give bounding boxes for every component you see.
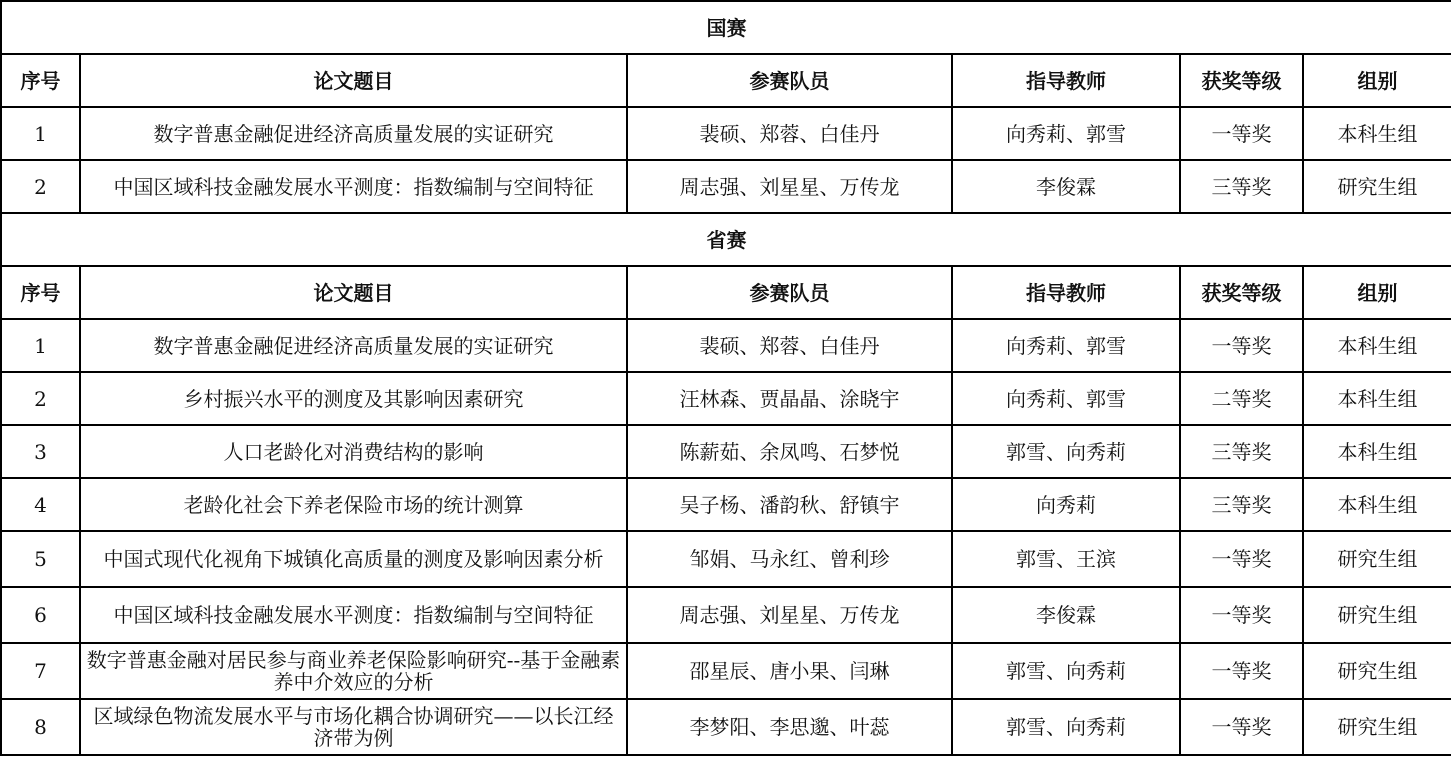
col-header-advisors: 指导教师 (952, 266, 1180, 319)
cell-members: 陈薪茹、余凤鸣、石梦悦 (627, 425, 952, 478)
cell-members: 周志强、刘星星、万传龙 (627, 160, 952, 213)
cell-award: 一等奖 (1180, 587, 1303, 643)
column-header-row: 序号 论文题目 参赛队员 指导教师 获奖等级 组别 (1, 266, 1451, 319)
cell-index: 6 (1, 587, 80, 643)
cell-index: 7 (1, 643, 80, 699)
cell-index: 8 (1, 699, 80, 755)
cell-members: 李梦阳、李思邈、叶蕊 (627, 699, 952, 755)
cell-award: 一等奖 (1180, 699, 1303, 755)
cell-award: 一等奖 (1180, 531, 1303, 587)
cell-index: 2 (1, 372, 80, 425)
table-row: 8 区域绿色物流发展水平与市场化耦合协调研究——以长江经济带为例 李梦阳、李思邈… (1, 699, 1451, 755)
cell-title: 中国区域科技金融发展水平测度：指数编制与空间特征 (80, 160, 627, 213)
col-header-index: 序号 (1, 54, 80, 107)
col-header-award: 获奖等级 (1180, 54, 1303, 107)
cell-index: 4 (1, 478, 80, 531)
cell-title: 老龄化社会下养老保险市场的统计测算 (80, 478, 627, 531)
cell-advisors: 向秀莉、郭雪 (952, 319, 1180, 372)
cell-award: 一等奖 (1180, 643, 1303, 699)
cell-advisors: 李俊霖 (952, 587, 1180, 643)
table-row: 2 乡村振兴水平的测度及其影响因素研究 汪林森、贾晶晶、涂晓宇 向秀莉、郭雪 二… (1, 372, 1451, 425)
cell-award: 三等奖 (1180, 425, 1303, 478)
cell-advisors: 郭雪、王滨 (952, 531, 1180, 587)
col-header-advisors: 指导教师 (952, 54, 1180, 107)
cell-members: 裴硕、郑蓉、白佳丹 (627, 107, 952, 160)
cell-title: 数字普惠金融促进经济高质量发展的实证研究 (80, 319, 627, 372)
table-row: 5 中国式现代化视角下城镇化高质量的测度及影响因素分析 邹娟、马永红、曾利珍 郭… (1, 531, 1451, 587)
cell-members: 裴硕、郑蓉、白佳丹 (627, 319, 952, 372)
cell-group: 本科生组 (1303, 478, 1451, 531)
cell-group: 研究生组 (1303, 643, 1451, 699)
cell-index: 3 (1, 425, 80, 478)
cell-advisors: 向秀莉 (952, 478, 1180, 531)
cell-title: 中国式现代化视角下城镇化高质量的测度及影响因素分析 (80, 531, 627, 587)
cell-members: 吴子杨、潘韵秋、舒镇宇 (627, 478, 952, 531)
cell-group: 本科生组 (1303, 372, 1451, 425)
table-row: 6 中国区域科技金融发展水平测度：指数编制与空间特征 周志强、刘星星、万传龙 李… (1, 587, 1451, 643)
col-header-group: 组别 (1303, 266, 1451, 319)
table-row: 2 中国区域科技金融发展水平测度：指数编制与空间特征 周志强、刘星星、万传龙 李… (1, 160, 1451, 213)
table-row: 4 老龄化社会下养老保险市场的统计测算 吴子杨、潘韵秋、舒镇宇 向秀莉 三等奖 … (1, 478, 1451, 531)
cell-advisors: 李俊霖 (952, 160, 1180, 213)
table-row: 7 数字普惠金融对居民参与商业养老保险影响研究--基于金融素养中介效应的分析 邵… (1, 643, 1451, 699)
cell-group: 研究生组 (1303, 160, 1451, 213)
table-row: 1 数字普惠金融促进经济高质量发展的实证研究 裴硕、郑蓉、白佳丹 向秀莉、郭雪 … (1, 319, 1451, 372)
cell-title: 乡村振兴水平的测度及其影响因素研究 (80, 372, 627, 425)
cell-title: 数字普惠金融促进经济高质量发展的实证研究 (80, 107, 627, 160)
column-header-row: 序号 论文题目 参赛队员 指导教师 获奖等级 组别 (1, 54, 1451, 107)
cell-index: 2 (1, 160, 80, 213)
cell-title: 人口老龄化对消费结构的影响 (80, 425, 627, 478)
cell-group: 本科生组 (1303, 107, 1451, 160)
cell-advisors: 向秀莉、郭雪 (952, 107, 1180, 160)
cell-award: 三等奖 (1180, 160, 1303, 213)
cell-award: 二等奖 (1180, 372, 1303, 425)
cell-members: 汪林森、贾晶晶、涂晓宇 (627, 372, 952, 425)
cell-index: 5 (1, 531, 80, 587)
section-header-provincial: 省赛 (1, 213, 1451, 266)
cell-group: 研究生组 (1303, 699, 1451, 755)
col-header-group: 组别 (1303, 54, 1451, 107)
table-row: 1 数字普惠金融促进经济高质量发展的实证研究 裴硕、郑蓉、白佳丹 向秀莉、郭雪 … (1, 107, 1451, 160)
table-row: 3 人口老龄化对消费结构的影响 陈薪茹、余凤鸣、石梦悦 郭雪、向秀莉 三等奖 本… (1, 425, 1451, 478)
cell-members: 周志强、刘星星、万传龙 (627, 587, 952, 643)
cell-members: 邵星辰、唐小果、闫琳 (627, 643, 952, 699)
cell-group: 研究生组 (1303, 587, 1451, 643)
cell-group: 本科生组 (1303, 425, 1451, 478)
col-header-award: 获奖等级 (1180, 266, 1303, 319)
cell-advisors: 向秀莉、郭雪 (952, 372, 1180, 425)
col-header-members: 参赛队员 (627, 266, 952, 319)
cell-group: 研究生组 (1303, 531, 1451, 587)
col-header-index: 序号 (1, 266, 80, 319)
cell-advisors: 郭雪、向秀莉 (952, 643, 1180, 699)
section-title: 省赛 (1, 213, 1451, 266)
section-header-national: 国赛 (1, 1, 1451, 54)
cell-group: 本科生组 (1303, 319, 1451, 372)
col-header-title: 论文题目 (80, 266, 627, 319)
cell-members: 邹娟、马永红、曾利珍 (627, 531, 952, 587)
cell-index: 1 (1, 319, 80, 372)
cell-award: 一等奖 (1180, 107, 1303, 160)
cell-title: 中国区域科技金融发展水平测度：指数编制与空间特征 (80, 587, 627, 643)
cell-advisors: 郭雪、向秀莉 (952, 425, 1180, 478)
cell-award: 三等奖 (1180, 478, 1303, 531)
col-header-members: 参赛队员 (627, 54, 952, 107)
cell-index: 1 (1, 107, 80, 160)
awards-table: 国赛 序号 论文题目 参赛队员 指导教师 获奖等级 组别 1 数字普惠金融促进经… (0, 0, 1451, 756)
cell-title: 数字普惠金融对居民参与商业养老保险影响研究--基于金融素养中介效应的分析 (80, 643, 627, 699)
cell-title: 区域绿色物流发展水平与市场化耦合协调研究——以长江经济带为例 (80, 699, 627, 755)
cell-advisors: 郭雪、向秀莉 (952, 699, 1180, 755)
cell-award: 一等奖 (1180, 319, 1303, 372)
col-header-title: 论文题目 (80, 54, 627, 107)
section-title: 国赛 (1, 1, 1451, 54)
